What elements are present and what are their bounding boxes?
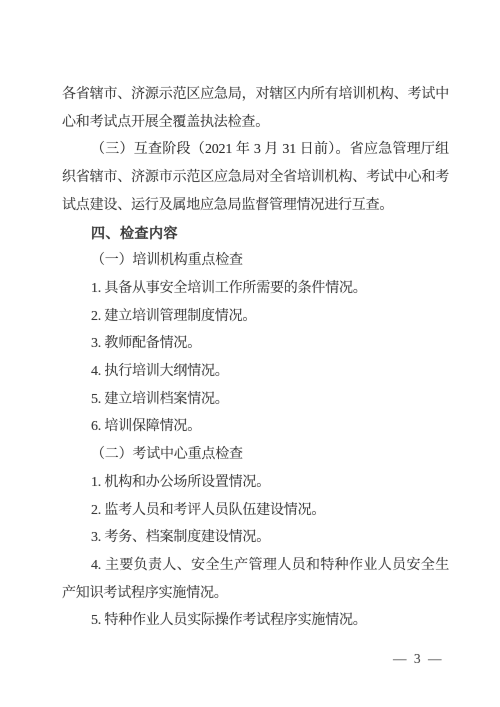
inspection-item: 1. 具备从事安全培训工作所需要的条件情况。 bbox=[62, 275, 449, 303]
section-heading: 四、检查内容 bbox=[62, 220, 449, 248]
inspection-item: 3. 教师配备情况。 bbox=[62, 330, 449, 358]
subsection-1-heading: （一）培训机构重点检查 bbox=[62, 247, 449, 275]
phase-paragraph: （三）互查阶段（2021 年 3 月 31 日前）。省应急管理厅组织省辖市、济源… bbox=[62, 136, 449, 219]
subsection-2-heading: （二）考试中心重点检查 bbox=[62, 441, 449, 469]
phase-paragraph-lead: （三）互查阶段（2021 年 3 月 31 日前）。 bbox=[91, 142, 350, 157]
inspection-item: 6. 培训保障情况。 bbox=[62, 413, 449, 441]
inspection-item: 2. 建立培训管理制度情况。 bbox=[62, 303, 449, 331]
page-number: — 3 — bbox=[393, 651, 444, 667]
continued-paragraph: 各省辖市、济源示范区应急局，对辖区内所有培训机构、考试中心和考试点开展全覆盖执法… bbox=[62, 81, 449, 136]
inspection-item: 5. 特种作业人员实际操作考试程序实施情况。 bbox=[62, 607, 449, 635]
inspection-item: 4. 主要负责人、安全生产管理人员和特种作业人员安全生产知识考试程序实施情况。 bbox=[62, 552, 449, 607]
inspection-item: 1. 机构和办公场所设置情况。 bbox=[62, 469, 449, 497]
document-page: 各省辖市、济源示范区应急局，对辖区内所有培训机构、考试中心和考试点开展全覆盖执法… bbox=[0, 0, 500, 707]
inspection-item: 3. 考务、档案制度建设情况。 bbox=[62, 524, 449, 552]
inspection-item: 5. 建立培训档案情况。 bbox=[62, 386, 449, 414]
inspection-item: 2. 监考人员和考评人员队伍建设情况。 bbox=[62, 497, 449, 525]
inspection-item: 4. 执行培训大纲情况。 bbox=[62, 358, 449, 386]
document-body: 各省辖市、济源示范区应急局，对辖区内所有培训机构、考试中心和考试点开展全覆盖执法… bbox=[62, 81, 449, 635]
